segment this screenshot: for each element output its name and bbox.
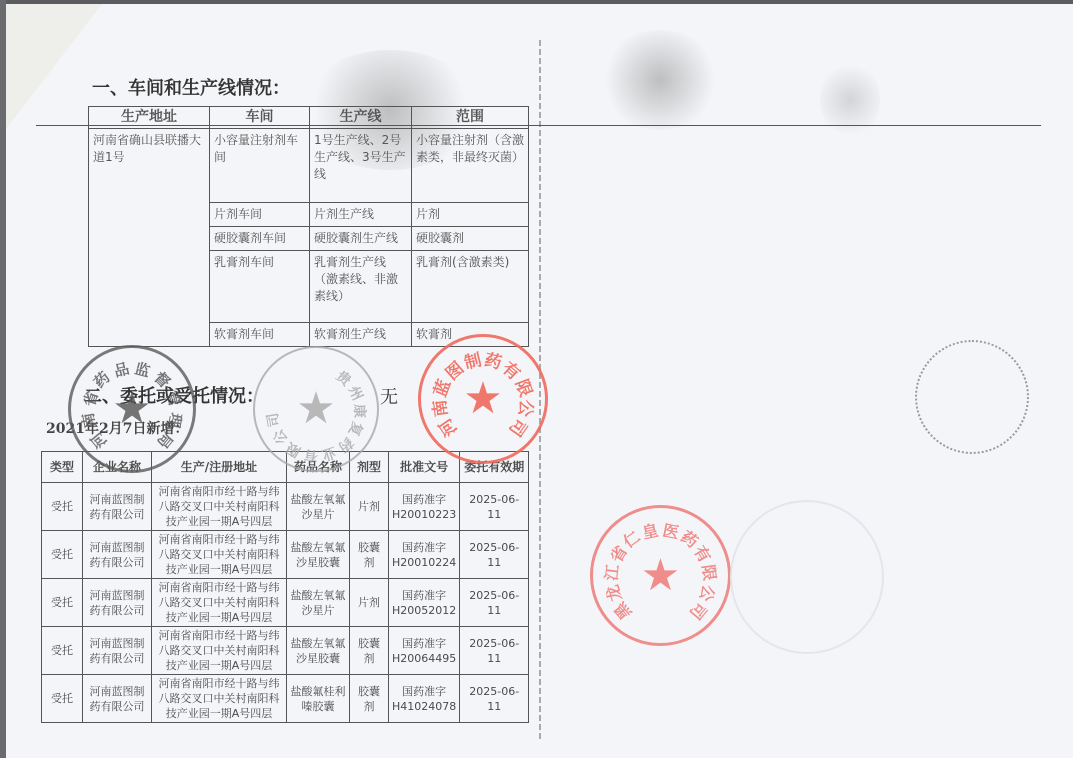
cell-address: 河南省南阳市经十路与纬八路交叉口中关村南阳科技产业园一期A号四层: [152, 531, 287, 579]
cell-type: 受托: [42, 531, 83, 579]
cell-company: 河南蓝图制药有限公司: [83, 579, 152, 627]
cell-approval: 国药准字H20052012: [389, 579, 460, 627]
star-icon: ★: [112, 387, 151, 431]
cell-approval: 国药准字H20010223: [389, 483, 460, 531]
official-seal-gray: ★ 河南省药品监督管理局: [68, 345, 196, 473]
cell-workshop: 小容量注射剂车间: [210, 129, 310, 203]
star-icon: ★: [641, 554, 680, 598]
cell-scope: 硬胶囊剂: [412, 227, 529, 251]
seal-char: 皇: [640, 517, 660, 543]
cell-company: 河南蓝图制药有限公司: [83, 483, 152, 531]
cell-type: 受托: [42, 675, 83, 723]
scan-noise: [600, 30, 720, 130]
seal-char: 州: [344, 382, 368, 403]
seal-char: 司: [262, 411, 284, 428]
cell-address: 河南省南阳市经十路与纬八路交叉口中关村南阳科技产业园一期A号四层: [152, 579, 287, 627]
scan-edge-left: [0, 0, 6, 758]
cell-type: 受托: [42, 627, 83, 675]
table-row: 受托 河南蓝图制药有限公司 河南省南阳市经十路与纬八路交叉口中关村南阳科技产业园…: [42, 531, 529, 579]
cell-scope: 小容量注射剂（含激素类，非最终灭菌）: [412, 129, 529, 203]
seal-char: 南: [77, 411, 101, 430]
cell-drug: 盐酸左氧氟沙星片: [287, 483, 350, 531]
seal-char: 有: [303, 445, 319, 466]
cell-line: 片剂生产线: [310, 203, 412, 227]
cell-line: 硬胶囊剂生产线: [310, 227, 412, 251]
seal-char: 江: [598, 563, 623, 582]
cell-address: 河南省确山县联播大道1号: [89, 129, 210, 347]
cell-company: 河南蓝图制药有限公司: [83, 627, 152, 675]
cell-drug: 盐酸左氧氟沙星片: [287, 579, 350, 627]
star-icon: ★: [463, 377, 502, 421]
entrustment-value: 无: [380, 383, 398, 409]
seal-char: 理: [163, 411, 187, 430]
seal-char: 管: [162, 388, 187, 409]
cell-workshop: 软膏剂车间: [210, 323, 310, 347]
table-row: 受托 河南蓝图制药有限公司 河南省南阳市经十路与纬八路交叉口中关村南阳科技产业园…: [42, 675, 529, 723]
header-approval: 批准文号: [389, 452, 460, 483]
cell-line: 乳膏剂生产线（激素线、非激素线）: [310, 251, 412, 323]
seal-char: 督: [150, 367, 175, 393]
seal-char: 南: [425, 399, 452, 419]
seal-char: 监: [133, 357, 153, 381]
scan-noise: [820, 60, 880, 140]
table-row: 受托 河南蓝图制药有限公司 河南省南阳市经十路与纬八路交叉口中关村南阳科技产业园…: [42, 483, 529, 531]
cell-line: 软膏剂生产线: [310, 323, 412, 347]
company-seal-red-secondary: ★ 黑龙江省仁皇医药有限公司: [590, 505, 731, 646]
cell-form: 胶囊剂: [350, 675, 389, 723]
entrustment-table: 类型 企业名称 生产/注册地址 药品名称 剂型 批准文号 委托有效期 受托 河南…: [41, 451, 529, 723]
header-scope: 范围: [412, 107, 529, 129]
seal-char: 省: [78, 388, 103, 409]
cell-form: 片剂: [350, 579, 389, 627]
cell-approval: 国药准字H20064495: [389, 627, 460, 675]
company-seal-red: ★ 河南蓝图制药有限公司: [418, 334, 548, 464]
seal-char: 医: [661, 517, 681, 543]
cell-workshop: 硬胶囊剂车间: [210, 227, 310, 251]
faint-seal: [730, 500, 884, 654]
workshop-table: 生产地址 车间 生产线 范围 河南省确山县联播大道1号 小容量注射剂车间 1号生…: [88, 106, 529, 347]
seal-char: 公: [514, 399, 541, 419]
seal-char: 品: [111, 357, 131, 381]
seal-char: 限: [698, 563, 723, 582]
cell-address: 河南省南阳市经十路与纬八路交叉口中关村南阳科技产业园一期A号四层: [152, 483, 287, 531]
cell-form: 胶囊剂: [350, 627, 389, 675]
cell-drug: 盐酸氟桂利嗪胶囊: [287, 675, 350, 723]
cell-approval: 国药准字H20010224: [389, 531, 460, 579]
cell-company: 河南蓝图制药有限公司: [83, 531, 152, 579]
table-row: 受托 河南蓝图制药有限公司 河南省南阳市经十路与纬八路交叉口中关村南阳科技产业园…: [42, 579, 529, 627]
cell-line: 1号生产线、2号生产线、3号生产线: [310, 129, 412, 203]
faded-seal: [915, 340, 1029, 454]
table-row: 河南省确山县联播大道1号 小容量注射剂车间 1号生产线、2号生产线、3号生产线 …: [89, 129, 529, 203]
cell-expiry: 2025-06-11: [460, 483, 529, 531]
cell-workshop: 乳膏剂车间: [210, 251, 310, 323]
cell-form: 胶囊剂: [350, 531, 389, 579]
cell-type: 受托: [42, 579, 83, 627]
table-row: 受托 河南蓝图制药有限公司 河南省南阳市经十路与纬八路交叉口中关村南阳科技产业园…: [42, 627, 529, 675]
cell-expiry: 2025-06-11: [460, 675, 529, 723]
star-icon: ★: [296, 387, 335, 431]
cell-type: 受托: [42, 483, 83, 531]
cell-drug: 盐酸左氧氟沙星胶囊: [287, 531, 350, 579]
cell-company: 河南蓝图制药有限公司: [83, 675, 152, 723]
cell-address: 河南省南阳市经十路与纬八路交叉口中关村南阳科技产业园一期A号四层: [152, 675, 287, 723]
cell-expiry: 2025-06-11: [460, 531, 529, 579]
seal-char: 河: [431, 415, 461, 443]
seal-char: 司: [505, 415, 535, 443]
cell-approval: 国药准字H41024078: [389, 675, 460, 723]
section-title-workshops: 一、车间和生产线情况：: [92, 74, 290, 100]
seal-char: 康: [350, 404, 370, 418]
cell-workshop: 片剂车间: [210, 203, 310, 227]
cell-expiry: 2025-06-11: [460, 627, 529, 675]
table-header-row: 生产地址 车间 生产线 范围: [89, 107, 529, 129]
cell-address: 河南省南阳市经十路与纬八路交叉口中关村南阳科技产业园一期A号四层: [152, 627, 287, 675]
company-seal-gray: ★ 贵州康复药业有限公司: [253, 346, 379, 472]
header-address: 生产地址: [89, 107, 210, 129]
seal-char: 局: [153, 428, 179, 453]
cell-scope: 片剂: [412, 203, 529, 227]
header-line: 生产线: [310, 107, 412, 129]
header-workshop: 车间: [210, 107, 310, 129]
seal-char: 河: [85, 428, 111, 453]
header-type: 类型: [42, 452, 83, 483]
cell-scope: 乳膏剂(含激素类): [412, 251, 529, 323]
cell-drug: 盐酸左氧氟沙星胶囊: [287, 627, 350, 675]
scan-edge-top: [0, 0, 1073, 4]
cell-expiry: 2025-06-11: [460, 579, 529, 627]
seal-char: 药: [89, 367, 114, 393]
cell-form: 片剂: [350, 483, 389, 531]
